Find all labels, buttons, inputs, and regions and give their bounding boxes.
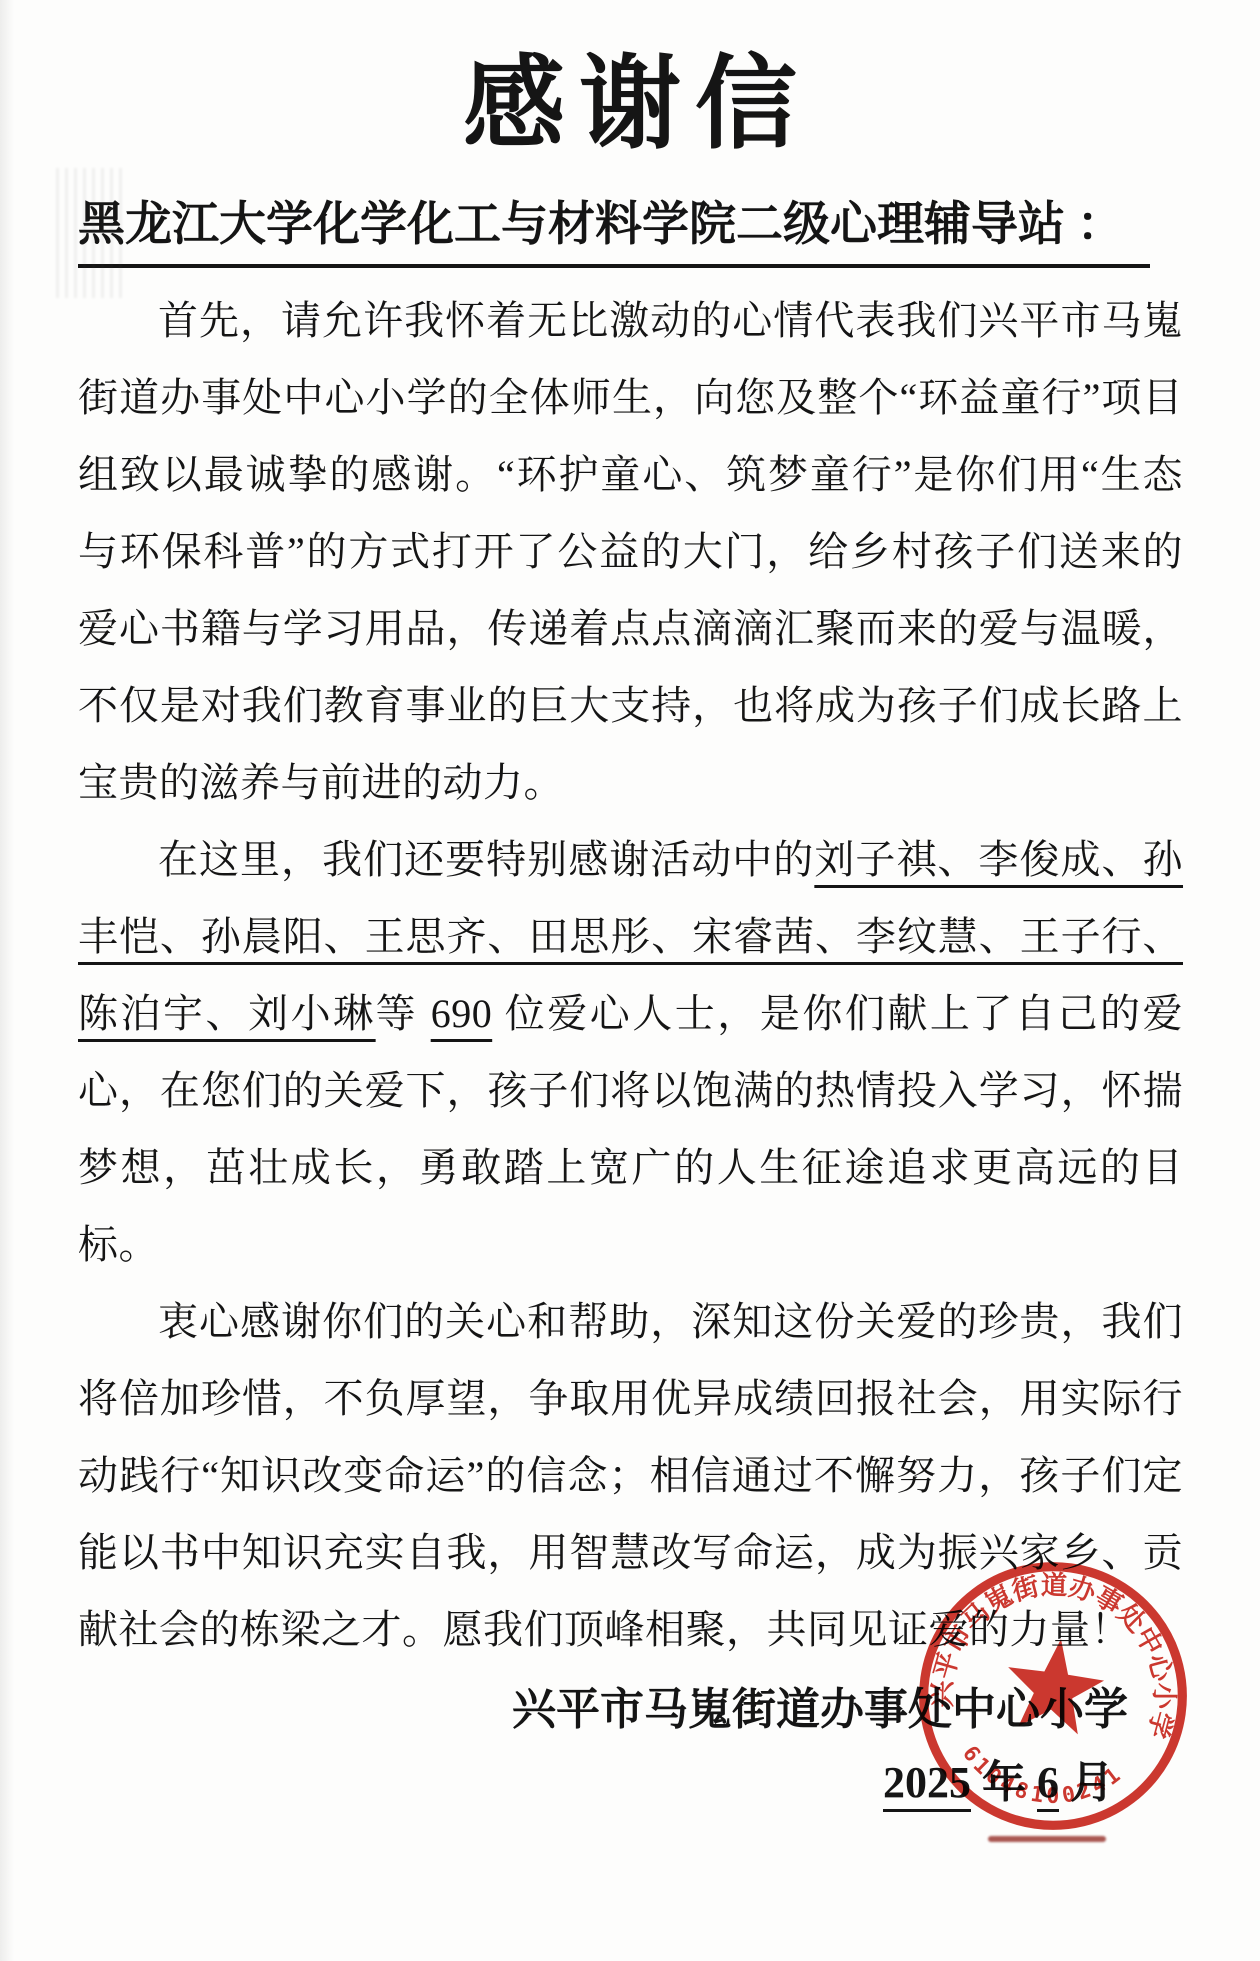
scan-edge-shadow — [0, 0, 14, 1961]
paragraph: 首先，请允许我怀着无比激动的心情代表我们兴平市马嵬街道办事处中心小学的全体师生，… — [78, 282, 1183, 821]
page-title: 感谢信 — [0, 0, 1260, 170]
paragraph: 在这里，我们还要特别感谢活动中的刘子祺、李俊成、孙丰恺、孙晨阳、王思齐、田思彤、… — [78, 821, 1183, 1283]
paragraph: 衷心感谢你们的关心和帮助，深知这份关爱的珍贵，我们将倍加珍惜，不负厚望，争取用优… — [78, 1283, 1183, 1668]
date-month: 6 — [1037, 1758, 1059, 1807]
seal-ink-smudge — [988, 1836, 1106, 1842]
body-text: 首先，请允许我怀着无比激动的心情代表我们兴平市马嵬街道办事处中心小学的全体师生，… — [78, 298, 1183, 805]
body-paragraphs: 首先，请允许我怀着无比激动的心情代表我们兴平市马嵬街道办事处中心小学的全体师生，… — [78, 282, 1183, 1668]
body-text: 衷心感谢你们的关心和帮助，深知这份关爱的珍贵，我们将倍加珍惜，不负厚望，争取用优… — [78, 1299, 1183, 1652]
date-year-label: 年 — [982, 1758, 1026, 1807]
body-text: 等 — [376, 991, 431, 1036]
body-text: 在这里，我们还要特别感谢活动中的 — [158, 837, 814, 882]
signature: 兴平市马嵬街道办事处中心小学 — [0, 1674, 1260, 1746]
salutation-text: 黑龙江大学化学化工与材料学院二级心理辅导站 ： — [78, 196, 1150, 269]
underlined-text: 690 — [431, 991, 493, 1036]
date-month-label: 月 — [1070, 1758, 1114, 1807]
date-year: 2025 — [883, 1758, 971, 1807]
date-line: 2025 年 6 月 — [0, 1746, 1260, 1820]
salutation: 黑龙江大学化学化工与材料学院二级心理辅导站 ： — [78, 196, 1190, 269]
thank-you-letter-page: 感谢信 黑龙江大学化学化工与材料学院二级心理辅导站 ： 首先，请允许我怀着无比激… — [0, 0, 1260, 1961]
